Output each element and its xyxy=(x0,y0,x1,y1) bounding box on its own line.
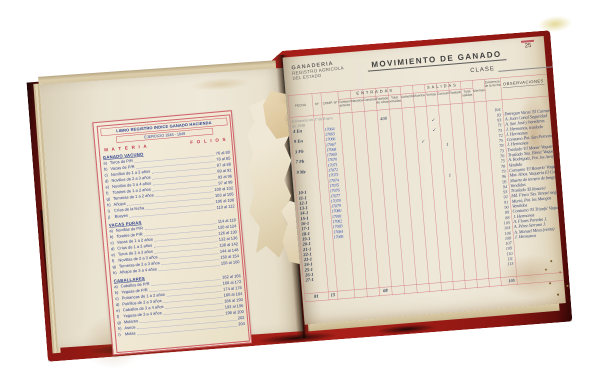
stain xyxy=(190,76,251,92)
entry-mark: 68 xyxy=(379,287,392,293)
entry-mark: 1 xyxy=(441,141,453,147)
entry-mark: ✓ xyxy=(417,138,429,144)
index-section: VACAS PURASa)Novillas de P/R114 al 118b)… xyxy=(109,212,240,276)
pasted-index-card: LIBRO REGISTRO INDICE GANADO HACIENDA EJ… xyxy=(92,110,252,355)
index-item-folio: 204 xyxy=(238,321,245,328)
index-item-folio: 110 al 112 xyxy=(216,203,235,211)
index-item-text: Mulas xyxy=(125,331,136,338)
entry-date: 9 Mz xyxy=(296,169,306,175)
entry-mark: ✓ xyxy=(428,127,440,133)
entry-date: 27-1 xyxy=(305,277,314,283)
index-card-content: LIBRO REGISTRO INDICE GANADO HACIENDA EJ… xyxy=(98,115,248,340)
ledger-column-label: Compras xyxy=(363,98,376,111)
index-card-body: GANADO VACUNOa)Toros de P/R76 al 80b)Vac… xyxy=(103,144,246,338)
ledger-book: LIBRO REGISTRO INDICE GANADO HACIENDA EJ… xyxy=(26,30,573,361)
clase-label: CLASE xyxy=(470,66,495,74)
entry-mark: ✓ xyxy=(427,117,439,123)
index-section: GANADO VACUNOa)Toros de P/R76 al 80b)Vac… xyxy=(103,144,235,220)
photo-open-ledger-book: LIBRO REGISTRO INDICE GANADO HACIENDA EJ… xyxy=(0,0,604,389)
ledger-column-label: Ventas xyxy=(425,92,438,105)
entry-date: 3 Fb xyxy=(295,149,304,155)
entry-date: 9 En xyxy=(294,138,303,144)
ledger-column-label: Aumentos xyxy=(401,94,414,107)
ledger-column-label: FECHA xyxy=(288,103,313,117)
ledger-column-label: Traslados de otros xyxy=(376,97,389,110)
index-item-folio: 156 al 160 xyxy=(221,259,240,267)
page-number: 25 xyxy=(521,40,534,50)
ledger-area: ENTRADASSALIDASFECHANºCOMP. NºExistencia… xyxy=(287,72,564,307)
entry-mark: 400 xyxy=(377,116,390,122)
ledger-column-label: Existencia anterior xyxy=(338,100,351,113)
ledger-column-label: Existencia de la fecha xyxy=(484,80,502,100)
ledger-row-rule xyxy=(305,280,564,302)
observaciones-header: OBSERVACIONES xyxy=(502,79,544,88)
entry-mark: 81 xyxy=(304,293,328,300)
index-item-text: Bueyes xyxy=(114,213,128,220)
ledger-column-label: Nacidos xyxy=(351,99,364,112)
observation-note: J. Hermanos xyxy=(514,233,536,240)
index-section: CABALLARESa)Caballos de P/R162 al 166b)Y… xyxy=(114,268,246,338)
entry-date: 4 En xyxy=(293,128,302,134)
ledger-column-label: Muertos xyxy=(413,93,426,106)
index-card-inner-border: LIBRO REGISTRO INDICE GANADO HACIENDA EJ… xyxy=(97,114,250,353)
ledger-table: ENTRADASSALIDASFECHANºCOMP. NºExistencia… xyxy=(287,72,564,307)
ledger-column-label: Total entradas xyxy=(388,96,401,109)
entry-mark: 15 xyxy=(328,292,337,298)
right-page: GANADERIA REGISTRO AGRICOLA DEL ESTADO 2… xyxy=(283,36,566,325)
existencia-value: 113 xyxy=(500,261,514,267)
ledger-column-label: COMP. Nº xyxy=(321,101,339,114)
entry-mark: 1 xyxy=(444,172,456,178)
ledger-column-label: Mermas xyxy=(473,89,486,102)
ledger-column-label: Total salidas xyxy=(461,90,474,103)
entry-folio-number: 17085 xyxy=(333,234,343,240)
existencia-value: 105 xyxy=(501,278,515,284)
ledger-column-label: Consumo xyxy=(437,91,450,104)
ledger-column-rule xyxy=(312,93,330,300)
ledger-column-label: Traslados xyxy=(449,91,462,104)
entry-date: 7 Fb xyxy=(296,159,305,165)
